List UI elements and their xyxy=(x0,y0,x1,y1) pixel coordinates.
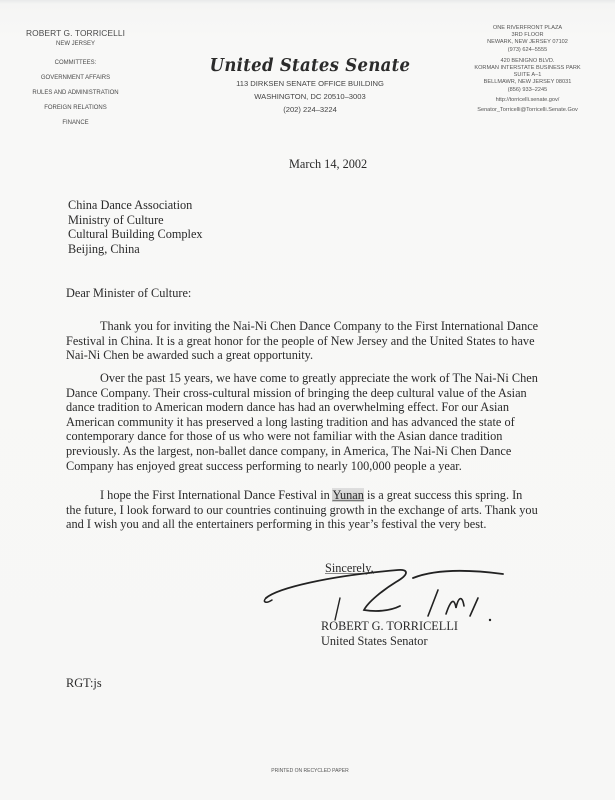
paragraph-line: Dance Company. Their cross-cultural miss… xyxy=(66,386,546,401)
paragraph-line: Nai-Ni Chen be awarded such a great oppo… xyxy=(66,348,546,363)
dc-office-building: 113 DIRKSEN SENATE OFFICE BUILDING xyxy=(200,78,420,90)
paragraph-1: Thank you for inviting the Nai-Ni Chen D… xyxy=(66,319,546,363)
bellmawr-phone: (856) 933–2245 xyxy=(440,87,615,94)
email-address: Senator_Torricelli@Torricelli.Senate.Gov xyxy=(440,107,615,114)
paragraph-text: I hope the First International Dance Fes… xyxy=(100,488,332,502)
letter-page: ROBERT G. TORRICELLI NEW JERSEY COMMITTE… xyxy=(0,0,615,800)
dc-office-phone: (202) 224–3224 xyxy=(200,104,420,116)
bellmawr-address-line: KORMAN INTERSTATE BUSINESS PARK xyxy=(440,65,615,72)
letterhead-right: ONE RIVERFRONT PLAZA 3RD FLOOR NEWARK, N… xyxy=(440,25,615,114)
paragraph-2: Over the past 15 years, we have come to … xyxy=(66,371,546,473)
paragraph-line: Company has enjoyed great success perfor… xyxy=(66,459,546,474)
institution-title: United States Senate xyxy=(200,57,420,76)
paragraph-line: dance tradition to American modern dance… xyxy=(66,400,546,415)
bellmawr-address-line: SUITE A–1 xyxy=(440,72,615,79)
signer-title: United States Senator xyxy=(321,634,458,649)
committee-item: FINANCE xyxy=(18,120,133,126)
committee-item: GOVERNMENT AFFAIRS xyxy=(18,75,133,81)
typist-initials: RGT:js xyxy=(66,676,102,691)
paragraph-line: and I wish you and all the entertainers … xyxy=(66,517,546,532)
newark-address-line: NEWARK, NEW JERSEY 07102 xyxy=(440,39,615,46)
paragraph-line: Thank you for inviting the Nai-Ni Chen D… xyxy=(66,319,546,334)
recipient-line: Cultural Building Complex xyxy=(68,227,203,242)
recipient-line: China Dance Association xyxy=(68,198,203,213)
recipient-line: Ministry of Culture xyxy=(68,213,203,228)
paragraph-line: contemporary dance for those of us who w… xyxy=(66,429,546,444)
committees-label: COMMITTEES: xyxy=(18,60,133,66)
paragraph-line: previously. As the largest, non-ballet d… xyxy=(66,444,546,459)
newark-address-line: ONE RIVERFRONT PLAZA xyxy=(440,25,615,32)
paragraph-text: is a great success this spring. In xyxy=(364,488,522,502)
letterhead-left: ROBERT G. TORRICELLI NEW JERSEY COMMITTE… xyxy=(18,6,133,126)
senator-name: ROBERT G. TORRICELLI xyxy=(18,28,133,38)
salutation: Dear Minister of Culture: xyxy=(66,286,191,301)
signer-name: ROBERT G. TORRICELLI xyxy=(321,619,458,634)
bellmawr-address-line: 420 BENIGNO BLVD. xyxy=(440,58,615,65)
recipient-line: Beijing, China xyxy=(68,242,203,257)
committee-item: FOREIGN RELATIONS xyxy=(18,105,133,111)
letterhead-center: United States Senate 113 DIRKSEN SENATE … xyxy=(200,57,420,116)
paragraph-line: Festival in China. It is a great honor f… xyxy=(66,334,546,349)
senator-state: NEW JERSEY xyxy=(18,41,133,47)
bellmawr-address-line: BELLMAWR, NEW JERSEY 08031 xyxy=(440,79,615,86)
newark-address-line: 3RD FLOOR xyxy=(440,32,615,39)
committee-item: RULES AND ADMINISTRATION xyxy=(18,90,133,96)
recycled-paper-note: PRINTED ON RECYCLED PAPER xyxy=(230,768,390,774)
dc-office-city: WASHINGTON, DC 20510–3003 xyxy=(200,91,420,103)
website-link: http://torricelli.senate.gov/ xyxy=(440,97,615,104)
signer-block: ROBERT G. TORRICELLI United States Senat… xyxy=(321,619,458,648)
paragraph-line: I hope the First International Dance Fes… xyxy=(66,488,546,503)
paragraph-line: the future, I look forward to our countr… xyxy=(66,503,546,518)
paragraph-3: I hope the First International Dance Fes… xyxy=(66,488,546,532)
recipient-address: China Dance Association Ministry of Cult… xyxy=(68,198,203,256)
paragraph-line: American community it has preserved a lo… xyxy=(66,415,546,430)
highlighted-word: Yunan xyxy=(332,488,363,502)
letter-date: March 14, 2002 xyxy=(289,157,367,172)
paragraph-line: Over the past 15 years, we have come to … xyxy=(66,371,546,386)
newark-phone: (973) 624–5555 xyxy=(440,47,615,54)
